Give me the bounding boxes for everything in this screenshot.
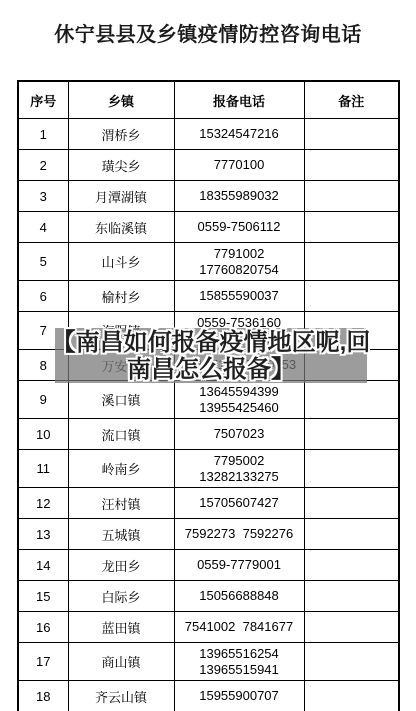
table-row: 10 流口镇 7507023 <box>18 419 399 450</box>
phone-number: 13965516254 <box>175 646 304 662</box>
phone-number: 18355989032 <box>175 188 304 204</box>
town-name-cell: 月潭湖镇 <box>68 181 174 212</box>
row-number-cell: 14 <box>18 550 68 581</box>
row-number-cell: 18 <box>18 681 68 711</box>
town-name-cell: 渭桥乡 <box>68 119 174 150</box>
row-number-cell: 13 <box>18 519 68 550</box>
phone-number: 7795002 <box>175 453 304 469</box>
row-number-cell: 4 <box>18 212 68 243</box>
watermark-text-line1: 【南昌如何报备疫情地区呢,回 <box>52 329 371 356</box>
table-row: 2 璜尖乡 7770100 <box>18 150 399 181</box>
phone-cell: 15324547216 <box>174 119 304 150</box>
table-row: 9 溪口镇 1364559439913955425460 <box>18 381 399 419</box>
watermark-overlay: 【南昌如何报备疫情地区呢,回 南昌怎么报备】 <box>55 328 367 383</box>
town-name-cell: 溪口镇 <box>68 381 174 419</box>
town-name-cell: 商山镇 <box>68 643 174 681</box>
row-number-cell: 5 <box>18 243 68 281</box>
row-number-cell: 16 <box>18 612 68 643</box>
phone-cell: 0559-7779001 <box>174 550 304 581</box>
header-remarks: 备注 <box>304 81 399 119</box>
phone-number: 7791002 <box>175 246 304 262</box>
note-cell <box>304 381 399 419</box>
phone-cell: 15056688848 <box>174 581 304 612</box>
row-number-cell: 2 <box>18 150 68 181</box>
phone-cell: 18355989032 <box>174 181 304 212</box>
note-cell <box>304 150 399 181</box>
note-cell <box>304 243 399 281</box>
note-cell <box>304 519 399 550</box>
table-row: 6 榆村乡 15855590037 <box>18 281 399 312</box>
table-row: 14 龙田乡 0559-7779001 <box>18 550 399 581</box>
table-row: 11 岭南乡 779500213282133275 <box>18 450 399 488</box>
phone-cell: 779100217760820754 <box>174 243 304 281</box>
note-cell <box>304 612 399 643</box>
phone-number: 17760820754 <box>175 262 304 278</box>
phone-number: 15705607427 <box>175 495 304 511</box>
phone-cell: 7507023 <box>174 419 304 450</box>
table-body: 1 渭桥乡 15324547216 2 璜尖乡 7770100 3 月潭湖镇 1… <box>18 119 399 711</box>
phone-number: 15855590037 <box>175 288 304 304</box>
note-cell <box>304 643 399 681</box>
table-row: 16 蓝田镇 7541002 7841677 <box>18 612 399 643</box>
note-cell <box>304 212 399 243</box>
table-row: 1 渭桥乡 15324547216 <box>18 119 399 150</box>
phone-number: 0559-7506112 <box>175 219 304 235</box>
town-name-cell: 白际乡 <box>68 581 174 612</box>
phone-cell: 0559-7506112 <box>174 212 304 243</box>
phone-cell: 15955900707 <box>174 681 304 711</box>
phone-cell: 7592273 7592276 <box>174 519 304 550</box>
phone-cell: 1396551625413965515941 <box>174 643 304 681</box>
page-title: 休宁县县及乡镇疫情防控咨询电话 <box>0 18 416 47</box>
header-township: 乡镇 <box>68 81 174 119</box>
note-cell <box>304 419 399 450</box>
header-serial-number: 序号 <box>18 81 68 119</box>
town-name-cell: 榆村乡 <box>68 281 174 312</box>
row-number-cell: 3 <box>18 181 68 212</box>
phone-number: 7592273 7592276 <box>175 526 304 542</box>
table-row: 13 五城镇 7592273 7592276 <box>18 519 399 550</box>
phone-number: 15056688848 <box>175 588 304 604</box>
note-cell <box>304 681 399 711</box>
phone-directory-table: 序号 乡镇 报备电话 备注 1 渭桥乡 15324547216 2 璜尖乡 77… <box>17 80 400 711</box>
town-name-cell: 汪村镇 <box>68 488 174 519</box>
table-row: 3 月潭湖镇 18355989032 <box>18 181 399 212</box>
phone-cell: 1364559439913955425460 <box>174 381 304 419</box>
table-row: 4 东临溪镇 0559-7506112 <box>18 212 399 243</box>
phone-cell: 15855590037 <box>174 281 304 312</box>
row-number-cell: 12 <box>18 488 68 519</box>
town-name-cell: 蓝田镇 <box>68 612 174 643</box>
town-name-cell: 东临溪镇 <box>68 212 174 243</box>
town-name-cell: 山斗乡 <box>68 243 174 281</box>
row-number-cell: 15 <box>18 581 68 612</box>
phone-cell: 15705607427 <box>174 488 304 519</box>
watermark-text-line2: 南昌怎么报备】 <box>127 356 295 383</box>
phone-number: 13645594399 <box>175 384 304 400</box>
town-name-cell: 五城镇 <box>68 519 174 550</box>
note-cell <box>304 181 399 212</box>
row-number-cell: 17 <box>18 643 68 681</box>
note-cell <box>304 581 399 612</box>
table-row: 15 白际乡 15056688848 <box>18 581 399 612</box>
town-name-cell: 岭南乡 <box>68 450 174 488</box>
phone-number: 7507023 <box>175 426 304 442</box>
row-number-cell: 9 <box>18 381 68 419</box>
table-header-row: 序号 乡镇 报备电话 备注 <box>18 81 399 119</box>
town-name-cell: 齐云山镇 <box>68 681 174 711</box>
town-name-cell: 流口镇 <box>68 419 174 450</box>
phone-cell: 7770100 <box>174 150 304 181</box>
table-row: 17 商山镇 1396551625413965515941 <box>18 643 399 681</box>
note-cell <box>304 281 399 312</box>
phone-number: 13965515941 <box>175 662 304 678</box>
note-cell <box>304 488 399 519</box>
phone-number: 0559-7779001 <box>175 557 304 573</box>
row-number-cell: 1 <box>18 119 68 150</box>
town-name-cell: 龙田乡 <box>68 550 174 581</box>
header-report-phone: 报备电话 <box>174 81 304 119</box>
phone-cell: 779500213282133275 <box>174 450 304 488</box>
table-row: 18 齐云山镇 15955900707 <box>18 681 399 711</box>
row-number-cell: 11 <box>18 450 68 488</box>
phone-cell: 7541002 7841677 <box>174 612 304 643</box>
row-number-cell: 10 <box>18 419 68 450</box>
note-cell <box>304 550 399 581</box>
phone-number: 15955900707 <box>175 688 304 704</box>
phone-number: 13955425460 <box>175 400 304 416</box>
table-row: 5 山斗乡 779100217760820754 <box>18 243 399 281</box>
phone-number: 7770100 <box>175 157 304 173</box>
note-cell <box>304 450 399 488</box>
table-row: 12 汪村镇 15705607427 <box>18 488 399 519</box>
town-name-cell: 璜尖乡 <box>68 150 174 181</box>
note-cell <box>304 119 399 150</box>
phone-number: 15324547216 <box>175 126 304 142</box>
phone-number: 13282133275 <box>175 469 304 485</box>
row-number-cell: 6 <box>18 281 68 312</box>
phone-number: 7541002 7841677 <box>175 619 304 635</box>
